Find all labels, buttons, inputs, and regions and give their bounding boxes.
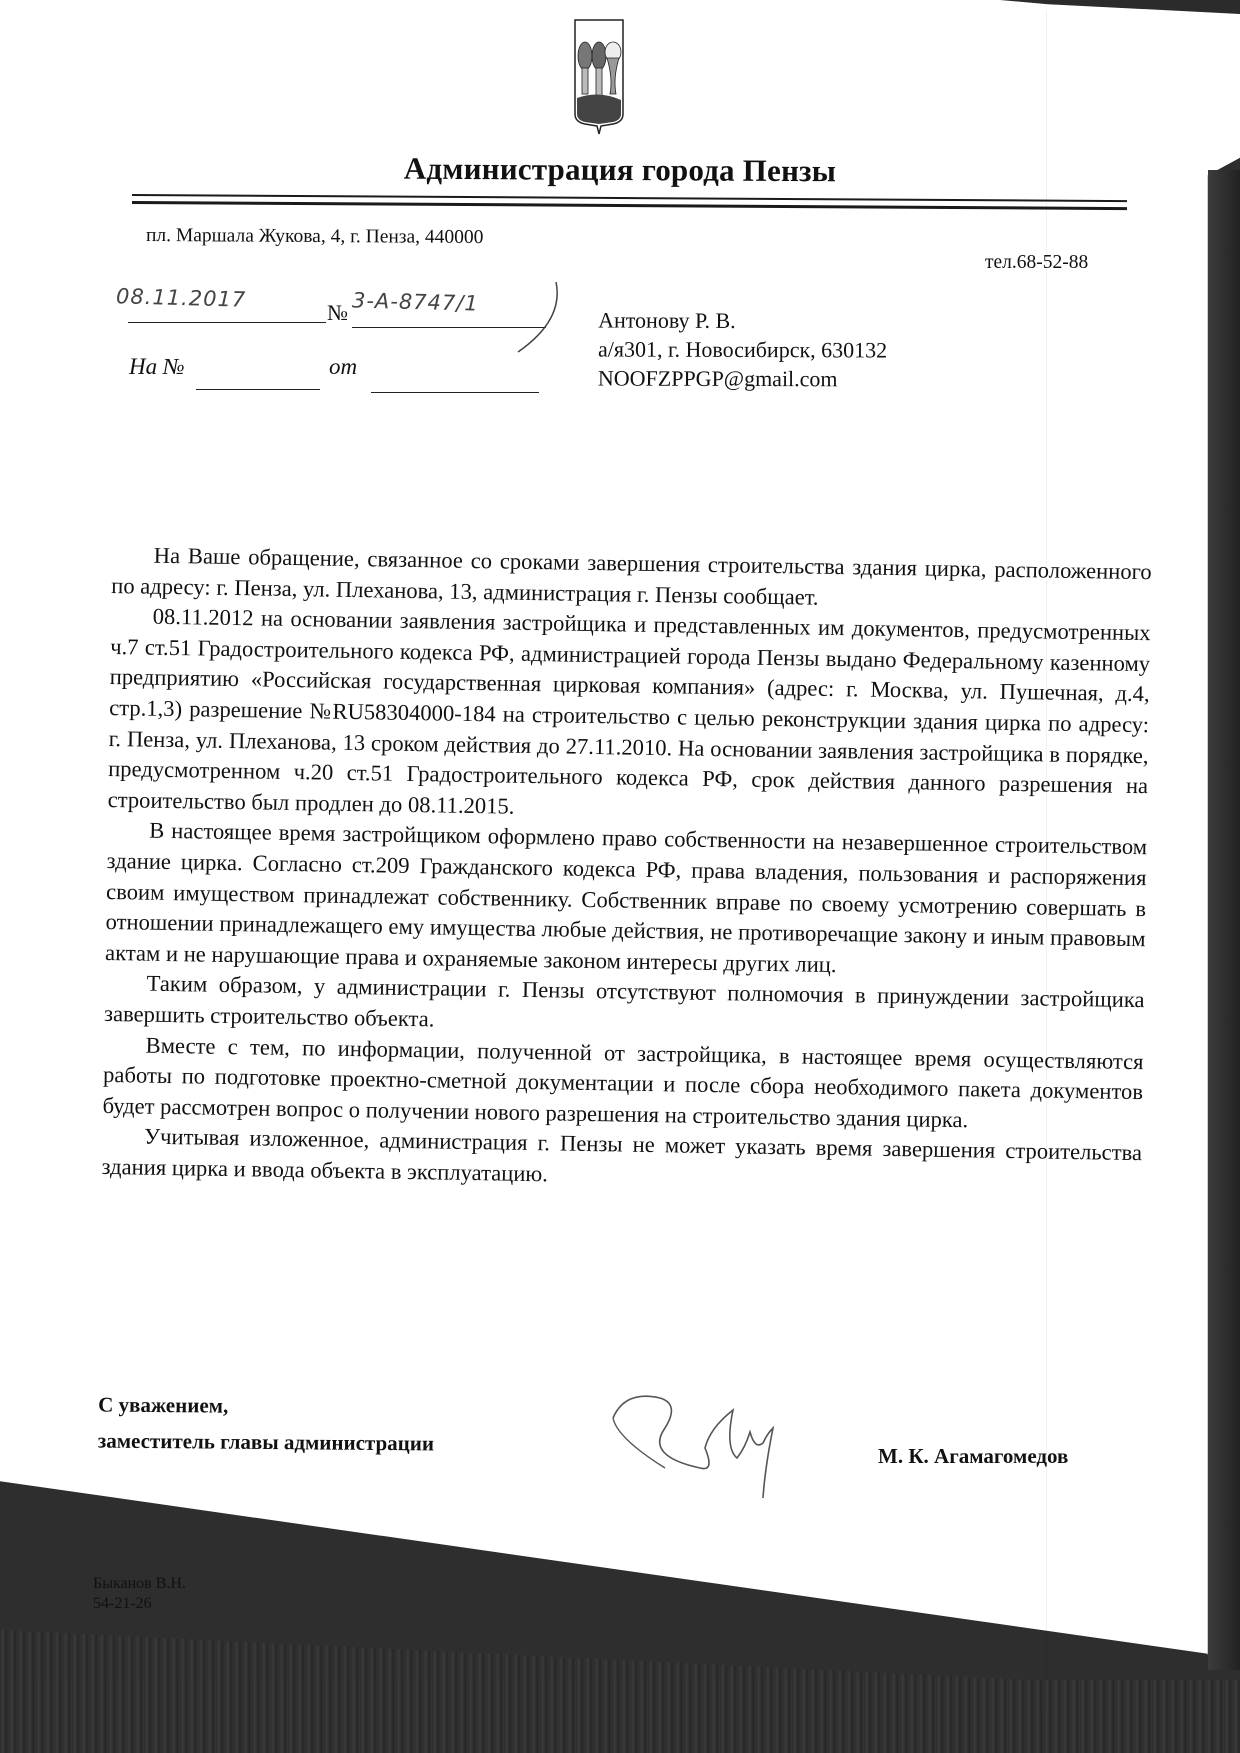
closing-block: С уважением, заместитель главы администр…: [98, 1387, 435, 1462]
body-paragraph: В настоящее время застройщиком оформлено…: [105, 815, 1147, 985]
executor-block: Быканов В.Н. 54-21-26: [93, 1574, 186, 1614]
number-sign: №: [327, 300, 348, 326]
scan-border-right: [1208, 170, 1240, 1670]
executor-phone: 54-21-26: [93, 1594, 186, 1614]
executor-name: Быканов В.Н.: [93, 1574, 186, 1594]
body-paragraph: Вместе с тем, по информации, полученной …: [102, 1029, 1143, 1138]
organization-phone: тел.68-52-88: [985, 252, 1088, 274]
reply-to-label: На №: [129, 354, 185, 380]
signer-position: заместитель главы администрации: [98, 1423, 434, 1462]
closing-salutation: С уважением,: [98, 1387, 434, 1426]
body-paragraph: 08.11.2012 на основании заявления застро…: [107, 601, 1150, 832]
signer-name: М. К. Агамагомедов: [878, 1444, 1068, 1469]
recipient-block: Антонову Р. В. а/я301, г. Новосибирск, 6…: [598, 305, 887, 393]
reply-date-underline: [371, 392, 539, 393]
penza-coat-of-arms-icon: [573, 18, 625, 136]
reply-from-label: от: [329, 354, 357, 380]
recipient-name: Антонову Р. В.: [598, 305, 887, 335]
handwritten-signature-icon: [605, 1388, 805, 1508]
recipient-email: NOOFZPPGP@gmail.com: [598, 363, 887, 393]
letter-body: На Ваше обращение, связанное со сроками …: [101, 540, 1152, 1200]
organization-address: пл. Маршала Жукова, 4, г. Пенза, 440000: [146, 225, 484, 249]
handwritten-bracket-icon: [508, 280, 568, 355]
scan-border-bottom: [0, 1680, 1240, 1753]
recipient-postal-address: а/я301, г. Новосибирск, 630132: [598, 334, 887, 364]
organization-title: Администрация города Пензы: [0, 148, 1240, 192]
outgoing-number: 3-А-8747/1: [352, 288, 479, 315]
outgoing-date: 08.11.2017: [116, 284, 247, 311]
date-underline: [128, 322, 326, 323]
reply-number-underline: [196, 389, 320, 390]
